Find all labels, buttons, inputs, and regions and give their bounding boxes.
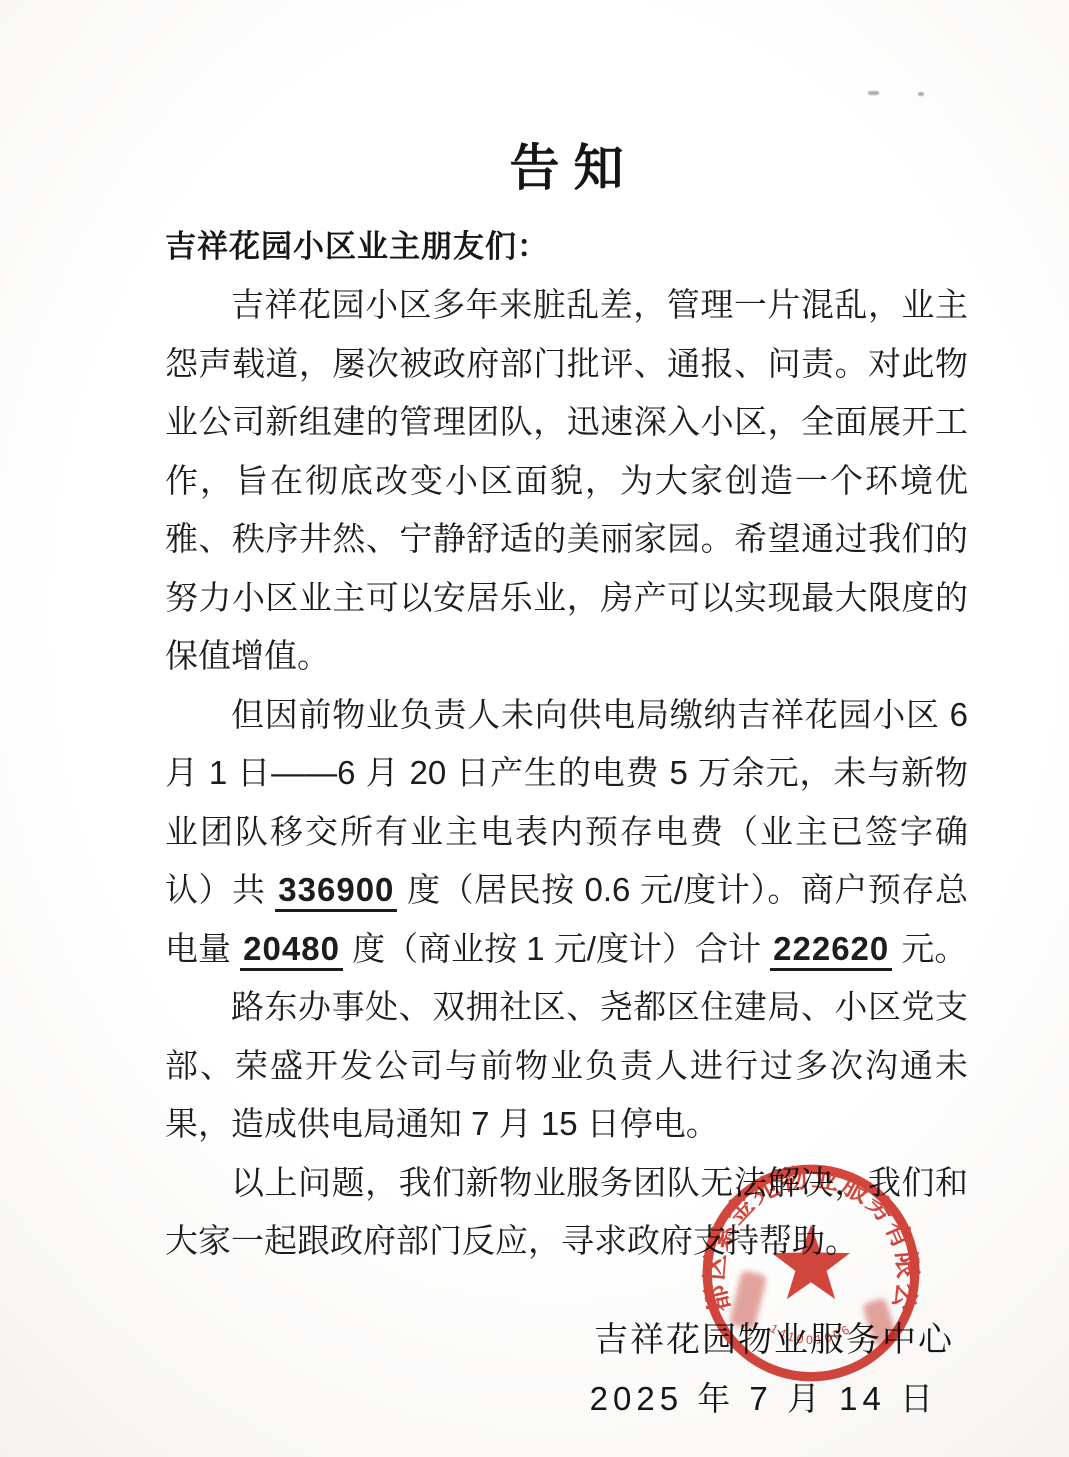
notice-document: 告知 吉祥花园小区业主朋友们： 吉祥花园小区多年来脏乱差，管理一片混乱，业主怨声… xyxy=(0,0,1069,1457)
star-icon xyxy=(772,1225,850,1299)
salutation-line: 吉祥花园小区业主朋友们： xyxy=(165,218,968,276)
paragraph-intro: 吉祥花园小区多年来脏乱差，管理一片混乱，业主怨声载道，屡次被政府部门批评、通报、… xyxy=(165,276,968,686)
seal-serial-number: 141001006 xyxy=(767,1321,854,1347)
para2-segment-4: 元。 xyxy=(892,930,967,967)
company-seal-stamp: 尧都区紫金苑物业服务有限公司 141001006 xyxy=(698,1160,924,1386)
para2-segment-3: 度（商业按 1 元/度计）合计 xyxy=(343,930,770,967)
page-title: 告知 xyxy=(165,0,968,198)
commercial-kwh-value: 20480 xyxy=(240,930,343,971)
paragraph-electricity-fees: 但因前物业负责人未向供电局缴纳吉祥花园小区 6 月 1 日——6 月 20 日产… xyxy=(165,686,968,979)
paragraph-negotiation: 路东办事处、双拥社区、尧都区住建局、小区党支部、荣盛开发公司与前物业负责人进行过… xyxy=(165,978,968,1154)
total-amount-value: 222620 xyxy=(770,930,892,971)
residential-kwh-value: 336900 xyxy=(275,871,397,912)
